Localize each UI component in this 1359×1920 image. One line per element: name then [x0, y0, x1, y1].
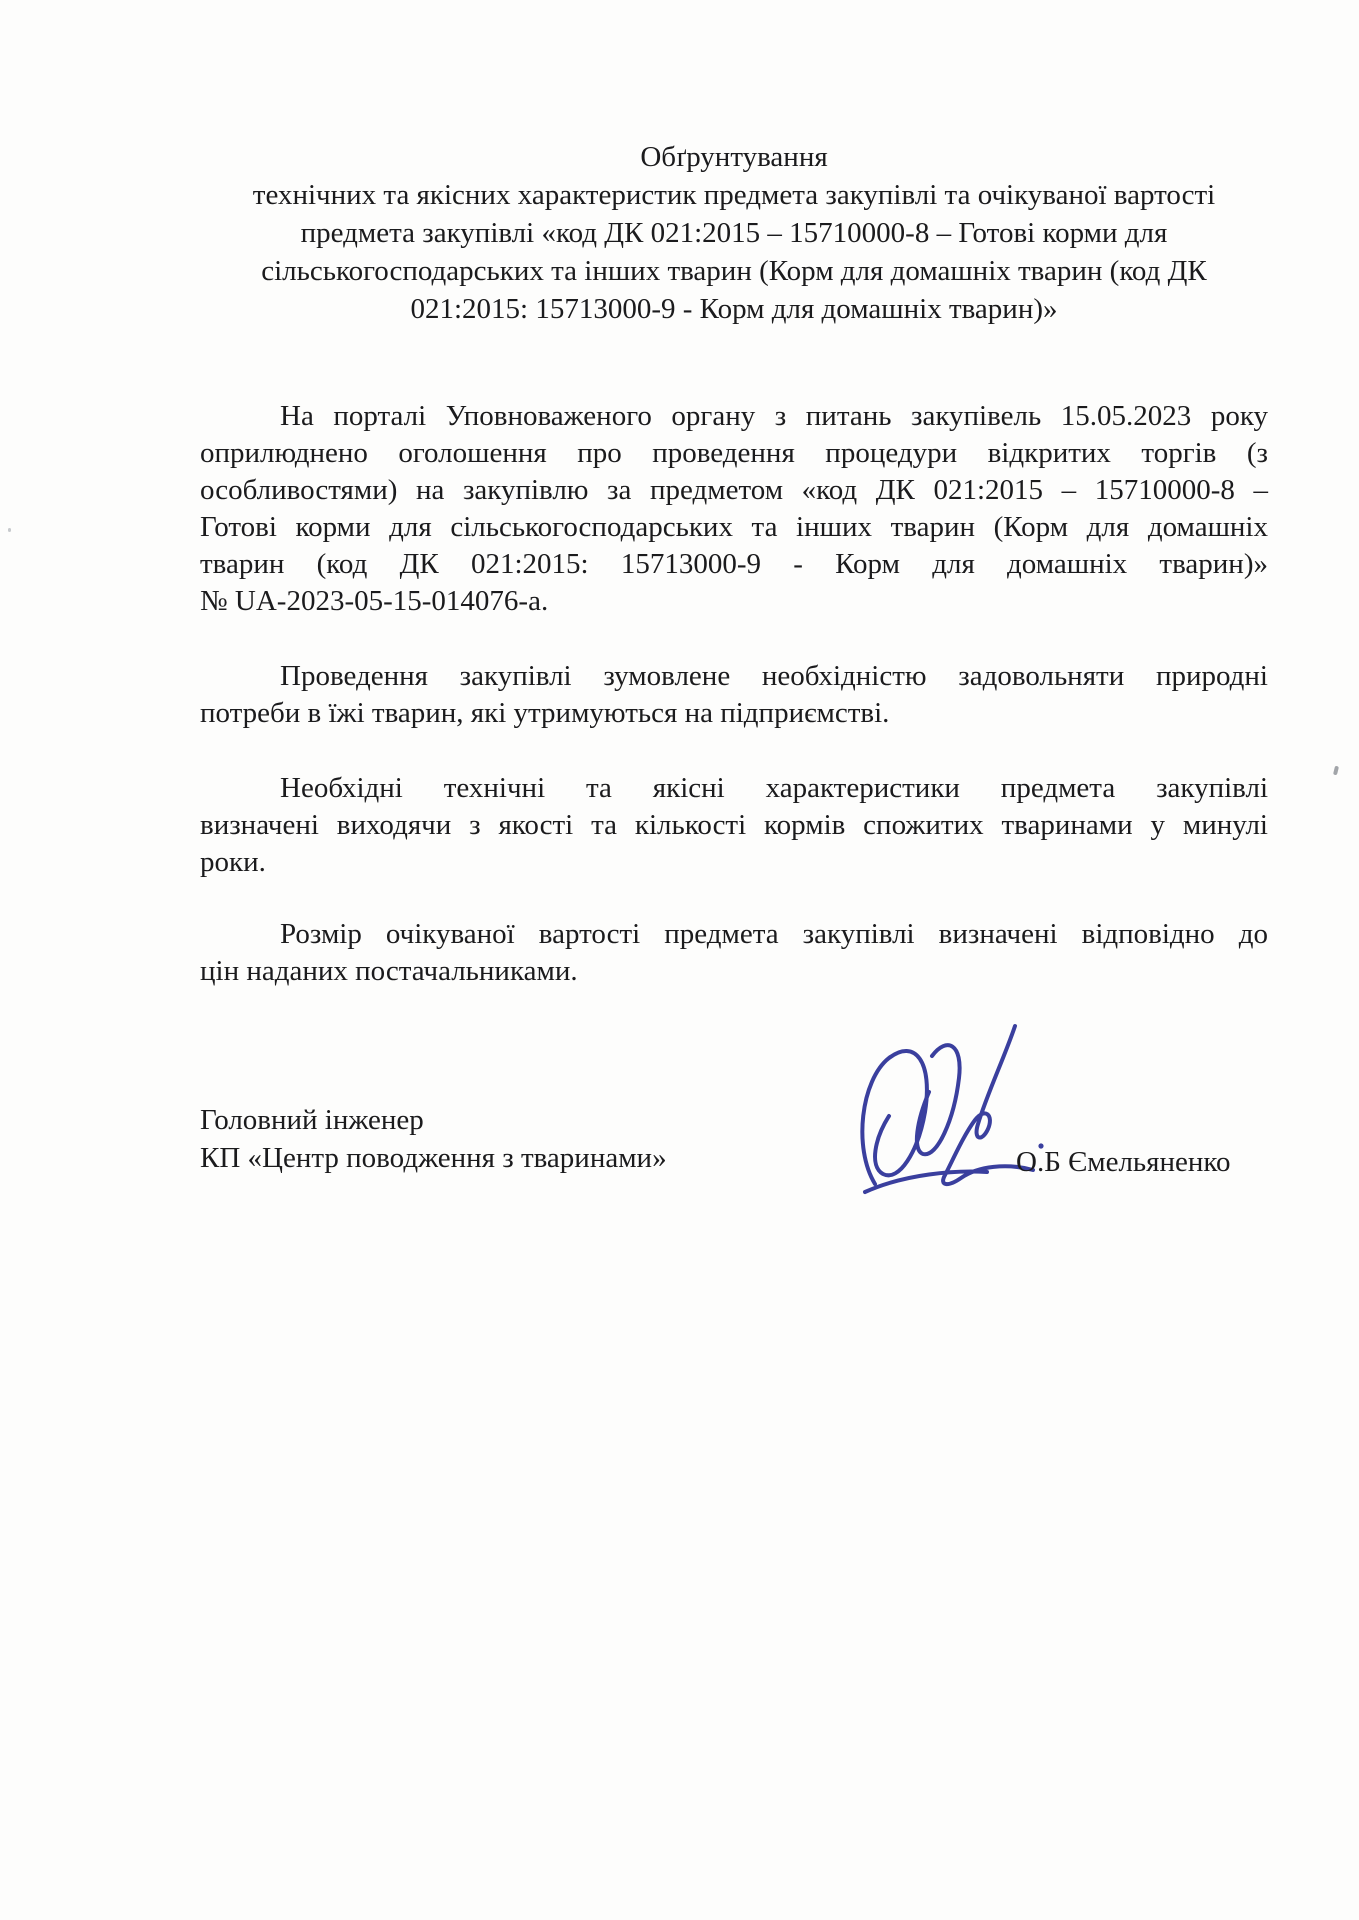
scan-edge-artifact-top — [0, 4, 1359, 7]
scanned-document-page: Обґрунтуваннятехнічних та якісних характ… — [0, 0, 1359, 1920]
text-line: сільськогосподарських та інших тварин (К… — [200, 252, 1268, 290]
document-title: Обґрунтуваннятехнічних та якісних характ… — [200, 138, 1268, 328]
text-line: Розмір очікуваної вартості предмета заку… — [200, 916, 1268, 953]
text-line: роки. — [200, 844, 1268, 881]
text-line: № UA-2023-05-15-014076-а. — [200, 583, 1268, 620]
text-line: Обґрунтування — [200, 138, 1268, 176]
text-line: потреби в їжі тварин, які утримуються на… — [200, 695, 1268, 732]
paragraph-purpose: Проведення закупівлі зумовлене необхідні… — [200, 658, 1268, 732]
paragraph-announcement: На порталі Уповноваженого органу з питан… — [200, 398, 1268, 620]
paragraph-expected-value: Розмір очікуваної вартості предмета заку… — [200, 916, 1268, 990]
signer-position-line1: Головний інженер — [200, 1101, 667, 1139]
text-line: цін наданих постачальниками. — [200, 953, 1268, 990]
signer-position-block: Головний інженер КП «Центр поводження з … — [200, 1101, 667, 1177]
text-line: тварин (код ДК 021:2015: 15713000-9 - Ко… — [200, 546, 1268, 583]
text-line: предмета закупівлі «код ДК 021:2015 – 15… — [200, 214, 1268, 252]
scan-speckle — [8, 528, 11, 532]
signer-name: О.Б Ємельяненко — [1016, 1143, 1231, 1181]
text-line: оприлюднено оголошення про проведення пр… — [200, 435, 1268, 472]
text-line: Необхідні технічні та якісні характерист… — [200, 770, 1268, 807]
text-line: На порталі Уповноваженого органу з питан… — [200, 398, 1268, 435]
text-line: особливостями) на закупівлю за предметом… — [200, 472, 1268, 509]
paragraph-characteristics: Необхідні технічні та якісні характерист… — [200, 770, 1268, 881]
text-line: 021:2015: 15713000-9 - Корм для домашніх… — [200, 290, 1268, 328]
text-line: визначені виходячи з якості та кількості… — [200, 807, 1268, 844]
text-line: Готові корми для сільськогосподарських т… — [200, 509, 1268, 546]
text-line: Проведення закупівлі зумовлене необхідні… — [200, 658, 1268, 695]
signer-position-line2: КП «Центр поводження з тваринами» — [200, 1139, 667, 1177]
text-line: технічних та якісних характеристик предм… — [200, 176, 1268, 214]
scan-speckle — [1333, 766, 1339, 776]
